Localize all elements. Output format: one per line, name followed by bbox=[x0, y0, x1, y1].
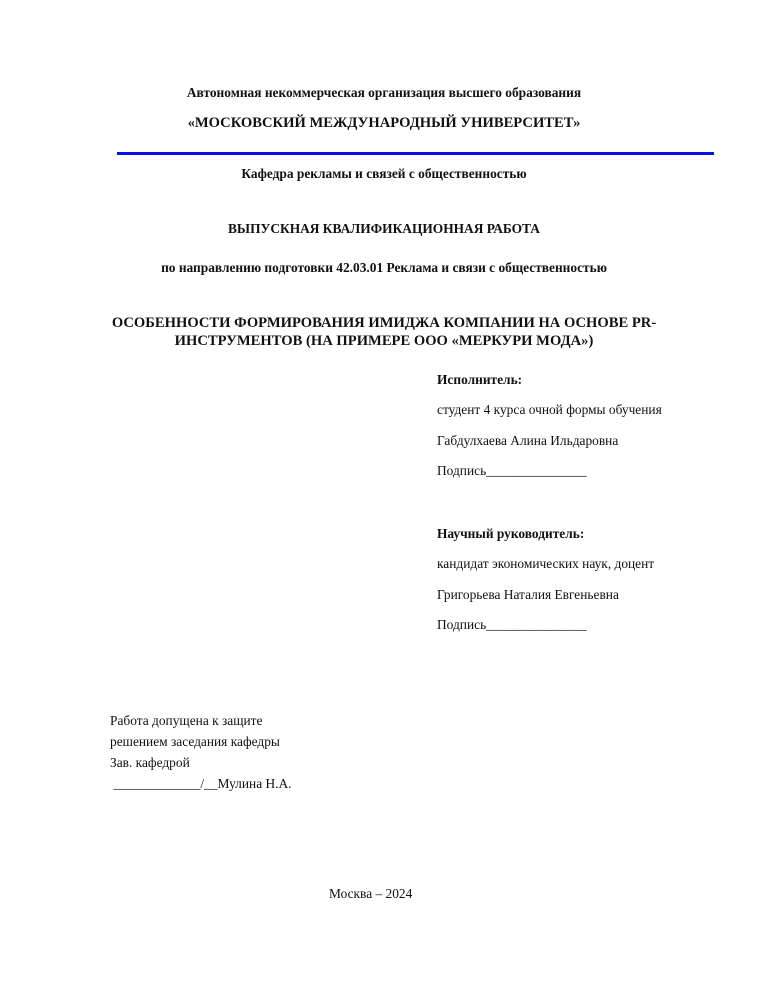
supervisor-label: Научный руководитель: bbox=[437, 526, 584, 542]
executor-signature: Подпись_______________ bbox=[437, 463, 587, 479]
admission-line: решением заседания кафедры bbox=[110, 734, 280, 750]
department-name: Кафедра рекламы и связей с общественност… bbox=[0, 166, 768, 182]
organization-name: Автономная некоммерческая организация вы… bbox=[0, 85, 768, 101]
executor-status: студент 4 курса очной формы обучения bbox=[437, 402, 662, 418]
work-type: ВЫПУСКНАЯ КВАЛИФИКАЦИОННАЯ РАБОТА bbox=[0, 221, 768, 237]
executor-name: Габдулхаева Алина Ильдаровна bbox=[437, 433, 618, 449]
supervisor-signature: Подпись_______________ bbox=[437, 617, 587, 633]
supervisor-degree: кандидат экономических наук, доцент bbox=[437, 556, 654, 572]
admission-line: Работа допущена к защите bbox=[110, 713, 262, 729]
city-year: Москва – 2024 bbox=[329, 886, 412, 902]
thesis-title-line: ИНСТРУМЕНТОВ (НА ПРИМЕРЕ ООО «МЕРКУРИ МО… bbox=[0, 332, 768, 350]
head-signature-line: _____________/__Мулина Н.А. bbox=[110, 776, 292, 792]
header-divider bbox=[117, 152, 714, 155]
thesis-title: ОСОБЕННОСТИ ФОРМИРОВАНИЯ ИМИДЖА КОМПАНИИ… bbox=[0, 314, 768, 350]
study-direction: по направлению подготовки 42.03.01 Рекла… bbox=[0, 260, 768, 276]
supervisor-name: Григорьева Наталия Евгеньевна bbox=[437, 587, 619, 603]
thesis-title-line: ОСОБЕННОСТИ ФОРМИРОВАНИЯ ИМИДЖА КОМПАНИИ… bbox=[0, 314, 768, 332]
executor-label: Исполнитель: bbox=[437, 372, 522, 388]
university-name: «МОСКОВСКИЙ МЕЖДУНАРОДНЫЙ УНИВЕРСИТЕТ» bbox=[0, 115, 768, 132]
admission-line: Зав. кафедрой bbox=[110, 755, 190, 771]
